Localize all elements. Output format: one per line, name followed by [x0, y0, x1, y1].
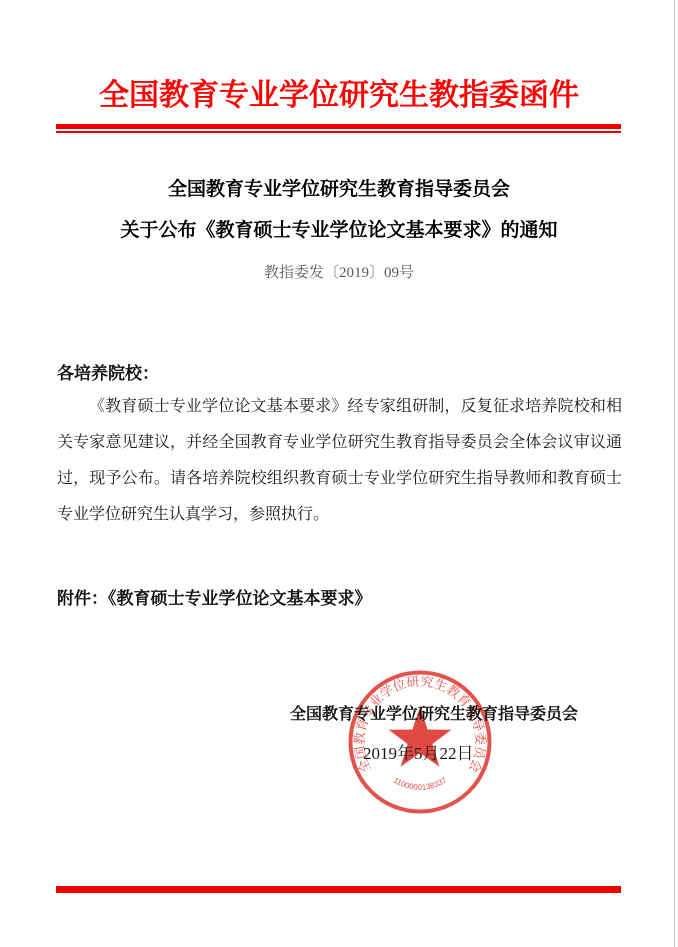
notice-subject-line: 关于公布《教育硕士专业学位论文基本要求》的通知	[0, 215, 678, 242]
main-paragraph: 《教育硕士专业学位论文基本要求》经专家组研制，反复征求培养院校和相关专家意见建议…	[57, 389, 622, 533]
header-double-rule	[56, 124, 621, 133]
header-rule-thin	[56, 131, 621, 133]
header-rule-thick	[56, 124, 621, 129]
salutation: 各培养院校：	[57, 359, 159, 384]
seal-serial-holder: 1100000138337	[392, 775, 449, 792]
signature-org: 全国教育专业学位研究生教育指导委员会	[290, 701, 578, 724]
notice-org-line: 全国教育专业学位研究生教育指导委员会	[0, 174, 678, 201]
document-page: 全国教育专业学位研究生教指委函件 全国教育专业学位研究生教育指导委员会 关于公布…	[0, 0, 678, 947]
signature-date: 2019年5月22日	[363, 739, 474, 764]
banner-title: 全国教育专业学位研究生教指委函件	[0, 70, 678, 114]
seal-serial-number: 1100000138337	[392, 775, 449, 792]
page-edge-line	[674, 0, 675, 947]
footer-rule	[56, 886, 621, 893]
attachment-line: 附件：《教育硕士专业学位论文基本要求》	[57, 584, 372, 609]
notice-doc-number: 教指委发〔2019〕09号	[0, 261, 678, 282]
